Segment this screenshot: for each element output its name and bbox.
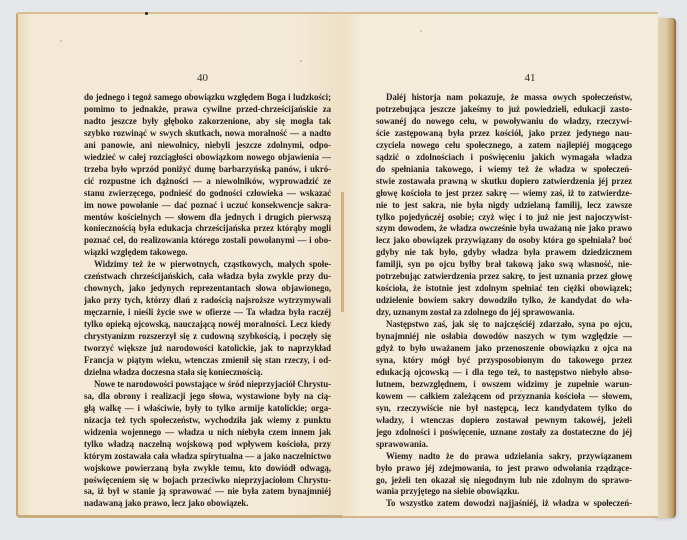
gutter-stain	[341, 192, 344, 312]
text-line: sa, dla obrony i realizacji jego słowa, …	[84, 391, 331, 403]
text-line: poświęceniem się w bojach przeciwko niep…	[84, 475, 331, 487]
text-line: gdyż to było uważanem jako przenoszenie …	[376, 343, 632, 355]
left-page: 40 do jednego i tegoż samego obowiązku w…	[16, 12, 342, 518]
text-line: potrzebując zatwierdzenia przez sakrę, t…	[376, 271, 632, 283]
text-line: władzy, i wtenczas dopiero zostawał pewn…	[376, 415, 632, 427]
text-line: wania przyjętego na siebie obowiązku.	[376, 486, 632, 498]
foxing-spot	[60, 40, 62, 42]
text-line: Widzimy też że w pierwotnych, cząstkowyc…	[84, 259, 331, 271]
text-line: bynajmniéj nie osłabia dowodów naszych w…	[376, 331, 632, 343]
open-book: 40 do jednego i tegoż samego obowiązku w…	[16, 12, 671, 529]
text-line: głą walkę — i właściwie, były to tylko a…	[84, 403, 331, 415]
text-line: dzielna władza doczesna stała się koniec…	[84, 367, 331, 379]
text-line: mentów kościelnych — słowem dla jednych …	[84, 212, 331, 224]
text-line: sowanéj do nowego celu, w powoływaniu do…	[376, 116, 632, 128]
text-line: Nowe te narodowości powstające w śród ni…	[84, 379, 331, 391]
text-line: wiedzieć w całej rozciągłości obowiązkom…	[84, 152, 331, 164]
text-line: jako przy tych, którzy dlań z radością n…	[84, 295, 331, 307]
text-line: trzeba było wprzód poniżyć dumę barbarzy…	[84, 164, 331, 176]
foxing-spot	[520, 390, 522, 392]
text-line: czeństwach chrześcijańskich, cała władza…	[84, 271, 331, 283]
text-line: ście zastępowaną była przez kościół, jak…	[376, 128, 632, 140]
text-line: do spełniania takowego, i wiemy też że w…	[376, 164, 632, 176]
text-line: stwie zostawała prawną w skutku dopiero …	[376, 176, 632, 188]
text-line: familji, syn po ojcu byłby brał takową j…	[376, 259, 632, 271]
foxing-spot	[260, 410, 262, 412]
text-line: potrzebująca jeszcze jakeśmy to już powi…	[376, 104, 632, 116]
text-line: chrystyanizm rozszerzył się z cudowną sz…	[84, 331, 331, 343]
text-line: nadawaną jako prawo, lecz jako obowiązek…	[84, 498, 331, 510]
foxing-spot	[420, 30, 422, 32]
text-line: sprawowania.	[376, 439, 632, 451]
text-line: wojskowe powierzaną była zwykle temu, kt…	[84, 463, 331, 475]
text-line: wiązki względem takowego.	[84, 247, 331, 259]
right-page-text: Daléj historja nam pokazuje, że massa ow…	[376, 92, 632, 510]
text-line: którym zostawała cała władza spirytualna…	[84, 451, 331, 463]
foxing-spot	[190, 90, 192, 92]
text-line: udzielenie bowiem sakry dowodziło tylko,…	[376, 295, 632, 307]
dust-speck	[145, 12, 148, 15]
page-number-right: 41	[342, 72, 658, 84]
text-line: kowem — całkiem zależącem od przyznania …	[376, 391, 632, 403]
text-line: czyciela nowego celu społecznego, a zate…	[376, 140, 632, 152]
text-line: nie to jest sakra, nie była nigdy udziel…	[376, 200, 632, 212]
text-line: głowę kościoła to jest przez sakrę — wie…	[376, 188, 632, 200]
foxing-spot	[450, 470, 452, 472]
text-line: tylko władzą naczelną wojskową pod wpływ…	[84, 439, 331, 451]
text-line: sądzić o zdolnościach i poświęceniu jaki…	[376, 152, 632, 164]
text-line: edukacją ojcowską — i dla tego też, to n…	[376, 367, 632, 379]
text-line: gdyby nie tak było, gdyby władza była pr…	[376, 247, 632, 259]
text-line: dzy, uznanym został za zdolnego do jéj s…	[376, 307, 632, 319]
text-line: kościoła, że istotnie jest zdolnym spełn…	[376, 283, 632, 295]
text-line: im nowe powołanie — dać poznać i uczuć k…	[84, 200, 331, 212]
text-line: ani panowie, ani niewolnicy, niebyli jes…	[84, 140, 331, 152]
left-page-text: do jednego i tegoż samego obowiązku wzgl…	[84, 92, 331, 510]
text-line: szybko rozwinąć w swych skutkach, nowa m…	[84, 128, 331, 140]
text-line: było prawo jéj zdejmowania, to jest praw…	[376, 463, 632, 475]
text-line: koniecznością była edukacja chrześcijańs…	[84, 223, 331, 235]
text-line: Francja w piątym wieku, wtenczas zmienił…	[84, 355, 331, 367]
foxing-spot	[300, 60, 302, 62]
text-line: Daléj historja nam pokazuje, że massa ow…	[376, 92, 632, 104]
text-line: szym dowodem, że władza owcześnie była u…	[376, 223, 632, 235]
foxing-spot	[110, 480, 112, 482]
text-line: lecz jako obowiązek przywiązany do osoby…	[376, 235, 632, 247]
text-line: nadto jeszcze były głęboko zakorzenione,…	[84, 116, 331, 128]
text-line: tylko opieką ojcowską, nauczającą nowéj …	[84, 319, 331, 331]
text-line: Następstwo zaś, jak się to najczęściéj z…	[376, 319, 632, 331]
foxing-spot	[610, 300, 612, 302]
text-line: To wszystko zatem dowodzi najjaśniéj, iż…	[376, 498, 632, 510]
text-line: sa, iż był w stanie ją sprawować — nie b…	[84, 486, 331, 498]
page-number-left: 40	[18, 72, 342, 84]
text-line: cić rozpustne ich dążności — a niewolnik…	[84, 176, 331, 188]
text-line: tylko pojedyńczéj osobie; czyż więc i to…	[376, 212, 632, 224]
text-line: pomimo to jednakże, prawa cywilne przed-…	[84, 104, 331, 116]
text-line: syn, rzeczywiście nie był następcą, lecz…	[376, 403, 632, 415]
text-line: do jednego i tegoż samego obowiązku wzgl…	[84, 92, 331, 104]
text-line: tworzyć większe już narodowości katolick…	[84, 343, 331, 355]
text-line: nizacja też tych społeczeństw, wychodził…	[84, 415, 331, 427]
text-line: syna, który mógł być przysposobionym do …	[376, 355, 632, 367]
text-line: go, jeżeli ten okazał się niegodnym lub …	[376, 475, 632, 487]
foxing-spot	[560, 140, 562, 142]
text-line: lutnem, bezwzględnem, i owszem widzimy j…	[376, 379, 632, 391]
text-line: Wiemy nadto że do prawa udzielania sakry…	[376, 451, 632, 463]
text-line: jego zdolności i poświęcenie, uznane zos…	[376, 427, 632, 439]
text-line: męczarnie, i nieśli życie swe w ofierze …	[84, 307, 331, 319]
right-page: 41 Daléj historja nam pokazuje, że massa…	[342, 12, 658, 518]
text-line: stanu zwierzęcego, podnieść do godności …	[84, 188, 331, 200]
text-line: poznać cel, do realizowania którego zost…	[84, 235, 331, 247]
text-line: chownych, jako jedynych reprezentantach …	[84, 283, 331, 295]
text-line: widzenia wojennego — władza u nich nieby…	[84, 427, 331, 439]
